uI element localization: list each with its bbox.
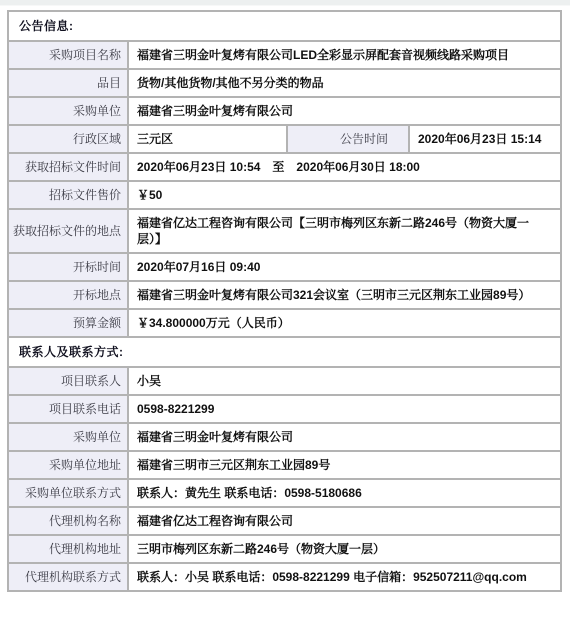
table-row: 项目联系人 小吴 bbox=[9, 368, 560, 394]
row-value: 福建省三明金叶复烤有限公司LED全彩显示屏配套音视频线路采购项目 bbox=[129, 42, 560, 68]
table-row: 采购单位联系方式 联系人：黄先生 联系电话：0598-5180686 bbox=[9, 480, 560, 506]
row-label: 获取招标文件的地点 bbox=[9, 210, 127, 252]
row-value: 小吴 bbox=[129, 368, 560, 394]
row-value: ￥34.800000万元（人民币） bbox=[129, 310, 560, 336]
row-value: 货物/其他货物/其他不另分类的物品 bbox=[129, 70, 560, 96]
row-label: 采购项目名称 bbox=[9, 42, 127, 68]
row-value: 福建省三明市三元区荆东工业园89号 bbox=[129, 452, 560, 478]
row-label: 预算金额 bbox=[9, 310, 127, 336]
row-label: 公告时间 bbox=[288, 126, 408, 152]
row-value: 2020年06月23日 15:14 bbox=[410, 126, 560, 152]
section-header-row: 公告信息: bbox=[9, 12, 560, 40]
table-row: 代理机构联系方式 联系人：小吴 联系电话：0598-8221299 电子信箱：9… bbox=[9, 564, 560, 590]
row-value: 福建省三明金叶复烤有限公司 bbox=[129, 424, 560, 450]
row-value: 福建省三明金叶复烤有限公司321会议室（三明市三元区荆东工业园89号） bbox=[129, 282, 560, 308]
table-row: 代理机构地址 三明市梅列区东新二路246号（物资大厦一层） bbox=[9, 536, 560, 562]
row-label: 项目联系电话 bbox=[9, 396, 127, 422]
table-row: 获取招标文件时间 2020年06月23日 10:54 至 2020年06月30日… bbox=[9, 154, 560, 180]
row-label: 行政区域 bbox=[9, 126, 127, 152]
row-label: 获取招标文件时间 bbox=[9, 154, 127, 180]
row-label: 代理机构名称 bbox=[9, 508, 127, 534]
row-label: 采购单位地址 bbox=[9, 452, 127, 478]
section-title-announcement: 公告信息: bbox=[9, 12, 560, 40]
row-label: 开标地点 bbox=[9, 282, 127, 308]
row-value: 福建省亿达工程咨询有限公司【三明市梅列区东新二路246号（物资大厦一层）】 bbox=[129, 210, 560, 252]
section-header-row: 联系人及联系方式: bbox=[9, 338, 560, 366]
table-row: 获取招标文件的地点 福建省亿达工程咨询有限公司【三明市梅列区东新二路246号（物… bbox=[9, 210, 560, 252]
row-label: 采购单位 bbox=[9, 424, 127, 450]
row-label: 代理机构地址 bbox=[9, 536, 127, 562]
table-row: 采购项目名称 福建省三明金叶复烤有限公司LED全彩显示屏配套音视频线路采购项目 bbox=[9, 42, 560, 68]
table-row: 采购单位 福建省三明金叶复烤有限公司 bbox=[9, 424, 560, 450]
row-label: 代理机构联系方式 bbox=[9, 564, 127, 590]
section-title-contacts: 联系人及联系方式: bbox=[9, 338, 560, 366]
table-row: 项目联系电话 0598-8221299 bbox=[9, 396, 560, 422]
row-value: 联系人：黄先生 联系电话：0598-5180686 bbox=[129, 480, 560, 506]
row-value: 三元区 bbox=[129, 126, 286, 152]
table-row: 采购单位地址 福建省三明市三元区荆东工业园89号 bbox=[9, 452, 560, 478]
announcement-page: 公告信息: 采购项目名称 福建省三明金叶复烤有限公司LED全彩显示屏配套音视频线… bbox=[0, 6, 570, 602]
row-value: 三明市梅列区东新二路246号（物资大厦一层） bbox=[129, 536, 560, 562]
row-value: 联系人：小吴 联系电话：0598-8221299 电子信箱：952507211@… bbox=[129, 564, 560, 590]
table-row: 品目 货物/其他货物/其他不另分类的物品 bbox=[9, 70, 560, 96]
row-value: ￥50 bbox=[129, 182, 560, 208]
row-value: 福建省三明金叶复烤有限公司 bbox=[129, 98, 560, 124]
row-value: 2020年07月16日 09:40 bbox=[129, 254, 560, 280]
row-label: 采购单位联系方式 bbox=[9, 480, 127, 506]
row-label: 采购单位 bbox=[9, 98, 127, 124]
table-row: 代理机构名称 福建省亿达工程咨询有限公司 bbox=[9, 508, 560, 534]
row-value: 2020年06月23日 10:54 至 2020年06月30日 18:00 bbox=[129, 154, 560, 180]
table-row: 招标文件售价 ￥50 bbox=[9, 182, 560, 208]
table-row: 开标时间 2020年07月16日 09:40 bbox=[9, 254, 560, 280]
table-row: 预算金额 ￥34.800000万元（人民币） bbox=[9, 310, 560, 336]
row-label: 开标时间 bbox=[9, 254, 127, 280]
row-value: 福建省亿达工程咨询有限公司 bbox=[129, 508, 560, 534]
table-row: 行政区域 三元区 公告时间 2020年06月23日 15:14 bbox=[9, 126, 560, 152]
table-row: 采购单位 福建省三明金叶复烤有限公司 bbox=[9, 98, 560, 124]
row-value: 0598-8221299 bbox=[129, 396, 560, 422]
table-row: 开标地点 福建省三明金叶复烤有限公司321会议室（三明市三元区荆东工业园89号） bbox=[9, 282, 560, 308]
announcement-table: 公告信息: 采购项目名称 福建省三明金叶复烤有限公司LED全彩显示屏配套音视频线… bbox=[7, 10, 562, 592]
row-label: 品目 bbox=[9, 70, 127, 96]
row-label: 招标文件售价 bbox=[9, 182, 127, 208]
row-label: 项目联系人 bbox=[9, 368, 127, 394]
